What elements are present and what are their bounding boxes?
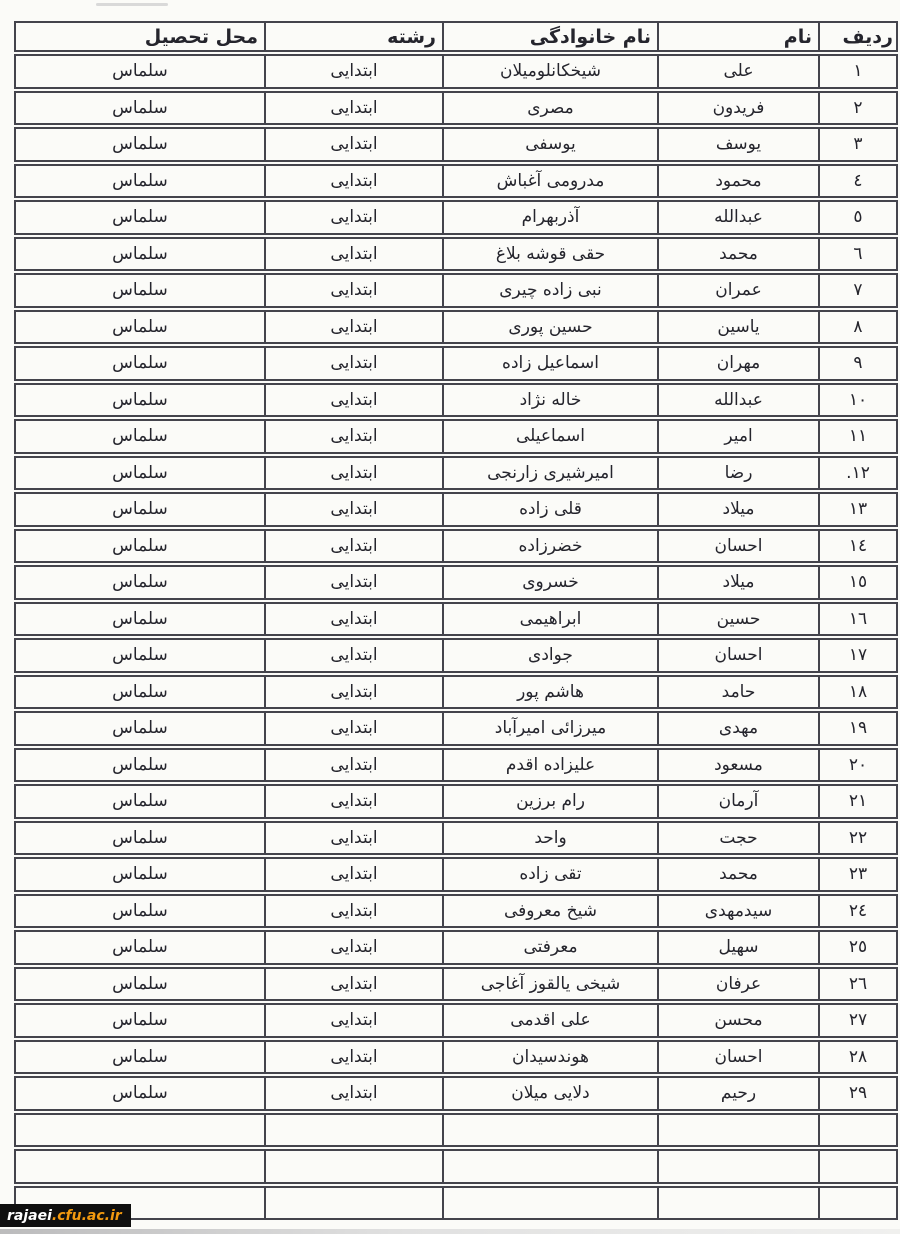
cell-last-name: خضرزاده: [444, 529, 659, 564]
cell-last-name: آذربهرام: [444, 200, 659, 235]
cell-study-place: سلماس: [14, 91, 266, 126]
cell-first-name: [659, 1186, 820, 1221]
cell-first-name: میلاد: [659, 565, 820, 600]
cell-first-name: عرفان: [659, 967, 820, 1002]
cell-first-name: سیدمهدی: [659, 894, 820, 929]
cell-major: ابتدایی: [266, 237, 444, 272]
cell-row-number: ٨: [820, 310, 898, 345]
cell-last-name: واحد: [444, 821, 659, 856]
cell-study-place: سلماس: [14, 565, 266, 600]
cell-row-number: ٢٥: [820, 930, 898, 965]
cell-first-name: سهیل: [659, 930, 820, 965]
table-row: ٢٦ عرفان شیخی یالقوز آغاجی ابتدایی سلماس: [14, 967, 898, 1002]
cell-row-number: ١٧: [820, 638, 898, 673]
cell-row-number: ٢٩: [820, 1076, 898, 1111]
cell-first-name: آرمان: [659, 784, 820, 819]
cell-study-place: سلماس: [14, 456, 266, 491]
cell-row-number: [820, 1186, 898, 1221]
cell-first-name: محمد: [659, 857, 820, 892]
cell-row-number: ١٣: [820, 492, 898, 527]
cell-row-number: ٩: [820, 346, 898, 381]
cell-last-name: رام برزین: [444, 784, 659, 819]
scanned-page: ردیف نام نام خانوادگی رشته محل تحصیل ١ ع…: [0, 0, 900, 1234]
cell-first-name: مسعود: [659, 748, 820, 783]
table-row: ٢١ آرمان رام برزین ابتدایی سلماس: [14, 784, 898, 819]
cell-row-number: [820, 1113, 898, 1148]
cell-row-number: ١: [820, 54, 898, 89]
cell-major: ابتدایی: [266, 638, 444, 673]
cell-last-name: معرفتی: [444, 930, 659, 965]
cell-first-name: احسان: [659, 529, 820, 564]
cell-last-name: امیرشیری زارنجی: [444, 456, 659, 491]
cell-major: ابتدایی: [266, 711, 444, 746]
cell-last-name: اسماعیلی: [444, 419, 659, 454]
cell-first-name: عمران: [659, 273, 820, 308]
cell-study-place: سلماس: [14, 1040, 266, 1075]
scan-edge-artifact: [0, 1229, 900, 1234]
table-row: [14, 1149, 898, 1184]
cell-row-number: ١٨: [820, 675, 898, 710]
cell-first-name: [659, 1113, 820, 1148]
cell-row-number: ١٥: [820, 565, 898, 600]
cell-row-number: ٢٣: [820, 857, 898, 892]
cell-row-number: ٦: [820, 237, 898, 272]
cell-last-name: نبی زاده چیری: [444, 273, 659, 308]
cell-row-number: ٢٢: [820, 821, 898, 856]
cell-first-name: یاسین: [659, 310, 820, 345]
cell-study-place: سلماس: [14, 894, 266, 929]
cell-first-name: فریدون: [659, 91, 820, 126]
header-last-name: نام خانوادگی: [444, 21, 659, 52]
cell-study-place: سلماس: [14, 419, 266, 454]
cell-study-place: سلماس: [14, 711, 266, 746]
cell-first-name: رضا: [659, 456, 820, 491]
table-row: ٩ مهران اسماعیل زاده ابتدایی سلماس: [14, 346, 898, 381]
cell-row-number: ٢٠: [820, 748, 898, 783]
cell-study-place: [14, 1149, 266, 1184]
cell-row-number: ٧: [820, 273, 898, 308]
cell-last-name: حسین پوری: [444, 310, 659, 345]
table-row: ٢٥ سهیل معرفتی ابتدایی سلماس: [14, 930, 898, 965]
cell-major: ابتدایی: [266, 383, 444, 418]
cell-major: ابتدایی: [266, 529, 444, 564]
table-row: ١٤ احسان خضرزاده ابتدایی سلماس: [14, 529, 898, 564]
table-row: ٢٩ رحیم دلایی میلان ابتدایی سلماس: [14, 1076, 898, 1111]
cell-major: ابتدایی: [266, 127, 444, 162]
cell-first-name: محمود: [659, 164, 820, 199]
cell-major: ابتدایی: [266, 164, 444, 199]
cell-major: ابتدایی: [266, 857, 444, 892]
table-row: ٢٧ محسن علی اقدمی ابتدایی سلماس: [14, 1003, 898, 1038]
cell-last-name: علی اقدمی: [444, 1003, 659, 1038]
cell-major: [266, 1113, 444, 1148]
cell-last-name: اسماعیل زاده: [444, 346, 659, 381]
cell-major: ابتدایی: [266, 784, 444, 819]
cell-row-number: ١١: [820, 419, 898, 454]
cell-first-name: یوسف: [659, 127, 820, 162]
table-row: ٦ محمد حقی قوشه بلاغ ابتدایی سلماس: [14, 237, 898, 272]
cell-last-name: هوندسیدان: [444, 1040, 659, 1075]
cell-major: ابتدایی: [266, 1003, 444, 1038]
cell-row-number: ٥: [820, 200, 898, 235]
cell-study-place: سلماس: [14, 748, 266, 783]
table-row: ٢٤ سیدمهدی شیخ معروفی ابتدایی سلماس: [14, 894, 898, 929]
cell-last-name: مدرومی آغباش: [444, 164, 659, 199]
cell-study-place: سلماس: [14, 492, 266, 527]
header-major: رشته: [266, 21, 444, 52]
cell-row-number: ٢١: [820, 784, 898, 819]
table-row: ١٩ مهدی میرزائی امیرآباد ابتدایی سلماس: [14, 711, 898, 746]
table-row: ٥ عبدالله آذربهرام ابتدایی سلماس: [14, 200, 898, 235]
cell-major: [266, 1186, 444, 1221]
table-row: [14, 1186, 898, 1221]
cell-row-number: ٤: [820, 164, 898, 199]
cell-study-place: سلماس: [14, 784, 266, 819]
table-row: ١٥ میلاد خسروی ابتدایی سلماس: [14, 565, 898, 600]
cell-major: ابتدایی: [266, 675, 444, 710]
scan-artifact-smudge: [96, 3, 168, 6]
cell-row-number: ١٢.: [820, 456, 898, 491]
cell-row-number: ٢٤: [820, 894, 898, 929]
cell-study-place: سلماس: [14, 857, 266, 892]
table-row: [14, 1113, 898, 1148]
cell-last-name: علیزاده اقدم: [444, 748, 659, 783]
cell-first-name: حجت: [659, 821, 820, 856]
cell-major: ابتدایی: [266, 565, 444, 600]
cell-study-place: سلماس: [14, 930, 266, 965]
header-first-name: نام: [659, 21, 820, 52]
cell-last-name: دلایی میلان: [444, 1076, 659, 1111]
cell-major: ابتدایی: [266, 54, 444, 89]
cell-last-name: [444, 1149, 659, 1184]
cell-major: ابتدایی: [266, 894, 444, 929]
cell-study-place: سلماس: [14, 273, 266, 308]
cell-study-place: سلماس: [14, 200, 266, 235]
cell-first-name: محسن: [659, 1003, 820, 1038]
cell-major: ابتدایی: [266, 419, 444, 454]
cell-major: ابتدایی: [266, 200, 444, 235]
cell-major: ابتدایی: [266, 1040, 444, 1075]
cell-first-name: محمد: [659, 237, 820, 272]
cell-first-name: احسان: [659, 638, 820, 673]
cell-major: ابتدایی: [266, 91, 444, 126]
cell-first-name: علی: [659, 54, 820, 89]
cell-first-name: مهران: [659, 346, 820, 381]
cell-study-place: سلماس: [14, 602, 266, 637]
table-row: ١٠ عبدالله خاله نژاد ابتدایی سلماس: [14, 383, 898, 418]
cell-study-place: سلماس: [14, 821, 266, 856]
cell-row-number: ١٠: [820, 383, 898, 418]
cell-study-place: سلماس: [14, 1076, 266, 1111]
table-header: ردیف نام نام خانوادگی رشته محل تحصیل: [14, 21, 898, 52]
watermark-badge: rajaei.cfu.ac.ir: [0, 1204, 131, 1227]
table-row: ١٧ احسان جوادی ابتدایی سلماس: [14, 638, 898, 673]
cell-row-number: ٢٦: [820, 967, 898, 1002]
cell-first-name: رحیم: [659, 1076, 820, 1111]
cell-row-number: ٢: [820, 91, 898, 126]
cell-row-number: [820, 1149, 898, 1184]
cell-study-place: سلماس: [14, 346, 266, 381]
cell-study-place: سلماس: [14, 127, 266, 162]
cell-major: ابتدایی: [266, 310, 444, 345]
cell-first-name: حسین: [659, 602, 820, 637]
table-row: ١٦ حسین ابراهیمی ابتدایی سلماس: [14, 602, 898, 637]
cell-first-name: عبدالله: [659, 383, 820, 418]
table-row: ٢ فریدون مصری ابتدایی سلماس: [14, 91, 898, 126]
table-row: ١٢. رضا امیرشیری زارنجی ابتدایی سلماس: [14, 456, 898, 491]
cell-last-name: شیخ معروفی: [444, 894, 659, 929]
cell-study-place: سلماس: [14, 383, 266, 418]
table-row: ١٣ میلاد قلی زاده ابتدایی سلماس: [14, 492, 898, 527]
table-row: ٢٢ حجت واحد ابتدایی سلماس: [14, 821, 898, 856]
table-row: ١١ امیر اسماعیلی ابتدایی سلماس: [14, 419, 898, 454]
table-row: ٢٣ محمد تقی زاده ابتدایی سلماس: [14, 857, 898, 892]
cell-first-name: میلاد: [659, 492, 820, 527]
cell-first-name: حامد: [659, 675, 820, 710]
cell-study-place: سلماس: [14, 1003, 266, 1038]
cell-major: ابتدایی: [266, 748, 444, 783]
cell-last-name: قلی زاده: [444, 492, 659, 527]
student-roster-table: ردیف نام نام خانوادگی رشته محل تحصیل ١ ع…: [14, 19, 898, 1222]
cell-major: ابتدایی: [266, 273, 444, 308]
table-row: ٣ یوسف یوسفی ابتدایی سلماس: [14, 127, 898, 162]
cell-study-place: سلماس: [14, 310, 266, 345]
header-row-number: ردیف: [820, 21, 898, 52]
cell-last-name: شیخکانلومیلان: [444, 54, 659, 89]
cell-row-number: ٢٨: [820, 1040, 898, 1075]
cell-last-name: خسروی: [444, 565, 659, 600]
header-study-place: محل تحصیل: [14, 21, 266, 52]
cell-last-name: خاله نژاد: [444, 383, 659, 418]
cell-last-name: شیخی یالقوز آغاجی: [444, 967, 659, 1002]
cell-last-name: هاشم پور: [444, 675, 659, 710]
table-row: ٧ عمران نبی زاده چیری ابتدایی سلماس: [14, 273, 898, 308]
cell-study-place: سلماس: [14, 967, 266, 1002]
cell-row-number: ١٩: [820, 711, 898, 746]
table-row: ١ علی شیخکانلومیلان ابتدایی سلماس: [14, 54, 898, 89]
cell-study-place: سلماس: [14, 237, 266, 272]
table-row: ٤ محمود مدرومی آغباش ابتدایی سلماس: [14, 164, 898, 199]
cell-major: ابتدایی: [266, 602, 444, 637]
cell-last-name: [444, 1186, 659, 1221]
cell-study-place: سلماس: [14, 54, 266, 89]
cell-row-number: ٢٧: [820, 1003, 898, 1038]
cell-first-name: [659, 1149, 820, 1184]
cell-study-place: سلماس: [14, 675, 266, 710]
cell-study-place: سلماس: [14, 164, 266, 199]
cell-last-name: یوسفی: [444, 127, 659, 162]
table-row: ٨ یاسین حسین پوری ابتدایی سلماس: [14, 310, 898, 345]
cell-major: ابتدایی: [266, 967, 444, 1002]
cell-last-name: مصری: [444, 91, 659, 126]
cell-major: ابتدایی: [266, 346, 444, 381]
cell-major: ابتدایی: [266, 930, 444, 965]
table-header-row: ردیف نام نام خانوادگی رشته محل تحصیل: [14, 21, 898, 52]
cell-last-name: ابراهیمی: [444, 602, 659, 637]
table-body: ١ علی شیخکانلومیلان ابتدایی سلماس ٢ فرید…: [14, 54, 898, 1220]
cell-major: ابتدایی: [266, 821, 444, 856]
cell-first-name: احسان: [659, 1040, 820, 1075]
watermark-domain: .cfu.ac.ir: [52, 1209, 122, 1223]
cell-row-number: ٣: [820, 127, 898, 162]
cell-last-name: جوادی: [444, 638, 659, 673]
cell-study-place: سلماس: [14, 638, 266, 673]
cell-first-name: عبدالله: [659, 200, 820, 235]
cell-first-name: امیر: [659, 419, 820, 454]
cell-last-name: حقی قوشه بلاغ: [444, 237, 659, 272]
cell-major: ابتدایی: [266, 456, 444, 491]
cell-first-name: مهدی: [659, 711, 820, 746]
cell-row-number: ١٤: [820, 529, 898, 564]
cell-last-name: [444, 1113, 659, 1148]
cell-major: ابتدایی: [266, 492, 444, 527]
cell-row-number: ١٦: [820, 602, 898, 637]
table-row: ١٨ حامد هاشم پور ابتدایی سلماس: [14, 675, 898, 710]
watermark-site-name: rajaei: [7, 1209, 52, 1223]
cell-study-place: [14, 1113, 266, 1148]
cell-study-place: سلماس: [14, 529, 266, 564]
cell-major: ابتدایی: [266, 1076, 444, 1111]
cell-last-name: میرزائی امیرآباد: [444, 711, 659, 746]
cell-major: [266, 1149, 444, 1184]
table-row: ٢٨ احسان هوندسیدان ابتدایی سلماس: [14, 1040, 898, 1075]
table-row: ٢٠ مسعود علیزاده اقدم ابتدایی سلماس: [14, 748, 898, 783]
cell-last-name: تقی زاده: [444, 857, 659, 892]
